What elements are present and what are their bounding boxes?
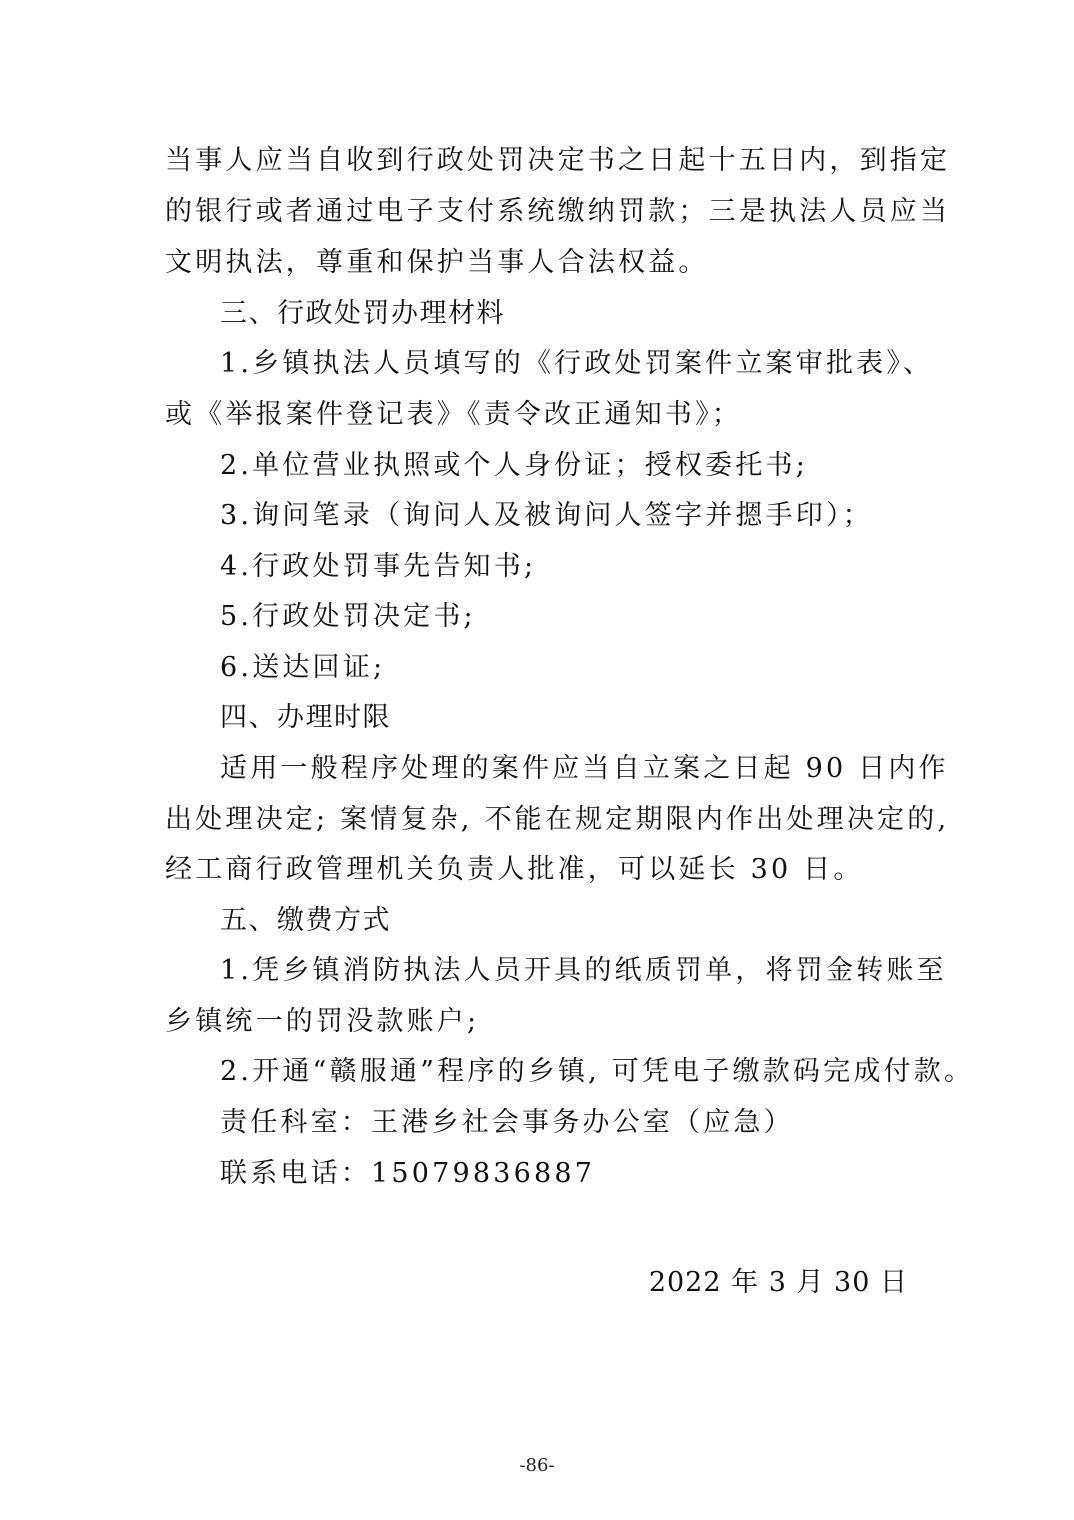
section-heading-time-limit: 四、办理时限 xyxy=(220,701,965,735)
page-number: -86- xyxy=(0,1455,1074,1477)
paragraph-line: 当事人应当自收到行政处罚决定书之日起十五日内，到指定 xyxy=(165,144,910,178)
document-page: 当事人应当自收到行政处罚决定书之日起十五日内，到指定 的银行或者通过电子支付系统… xyxy=(0,0,1074,1520)
list-item: 1.凭乡镇消防执法人员开具的纸质罚单，将罚金转账至 xyxy=(220,954,965,988)
list-item: 3.询问笔录（询问人及被询问人签字并摁手印）； xyxy=(220,499,965,533)
list-item-continuation: 或《举报案件登记表》《责令改正通知书》； xyxy=(165,398,910,432)
paragraph-line: 文明执法，尊重和保护当事人合法权益。 xyxy=(165,246,910,280)
paragraph-line: 出处理决定; 案情复杂, 不能在规定期限内作出处理决定的, xyxy=(165,803,910,837)
list-item: 1.乡镇执法人员填写的《行政处罚案件立案审批表》、 xyxy=(220,347,965,381)
list-item: 6.送达回证; xyxy=(220,651,965,685)
paragraph-line: 适用一般程序处理的案件应当自立案之日起 90 日内作 xyxy=(220,752,965,786)
list-item: 4.行政处罚事先告知书; xyxy=(220,550,965,584)
document-date: 2022 年 3 月 30 日 xyxy=(649,1266,908,1300)
responsible-department: 责任科室：王港乡社会事务办公室（应急） xyxy=(220,1106,965,1140)
list-item: 2.单位营业执照或个人身份证；授权委托书; xyxy=(220,449,965,483)
section-heading-materials: 三、行政处罚办理材料 xyxy=(220,297,965,331)
contact-phone: 联系电话：15079836887 xyxy=(220,1157,965,1191)
section-heading-payment: 五、缴费方式 xyxy=(220,904,965,938)
list-item: 5.行政处罚决定书; xyxy=(220,600,965,634)
list-item-continuation: 乡镇统一的罚没款账户; xyxy=(165,1005,910,1039)
paragraph-line: 的银行或者通过电子支付系统缴纳罚款；三是执法人员应当 xyxy=(165,195,910,229)
paragraph-line: 经工商行政管理机关负责人批准，可以延长 30 日。 xyxy=(165,853,910,887)
list-item: 2.开通“赣服通”程序的乡镇, 可凭电子缴款码完成付款。 xyxy=(220,1055,965,1089)
